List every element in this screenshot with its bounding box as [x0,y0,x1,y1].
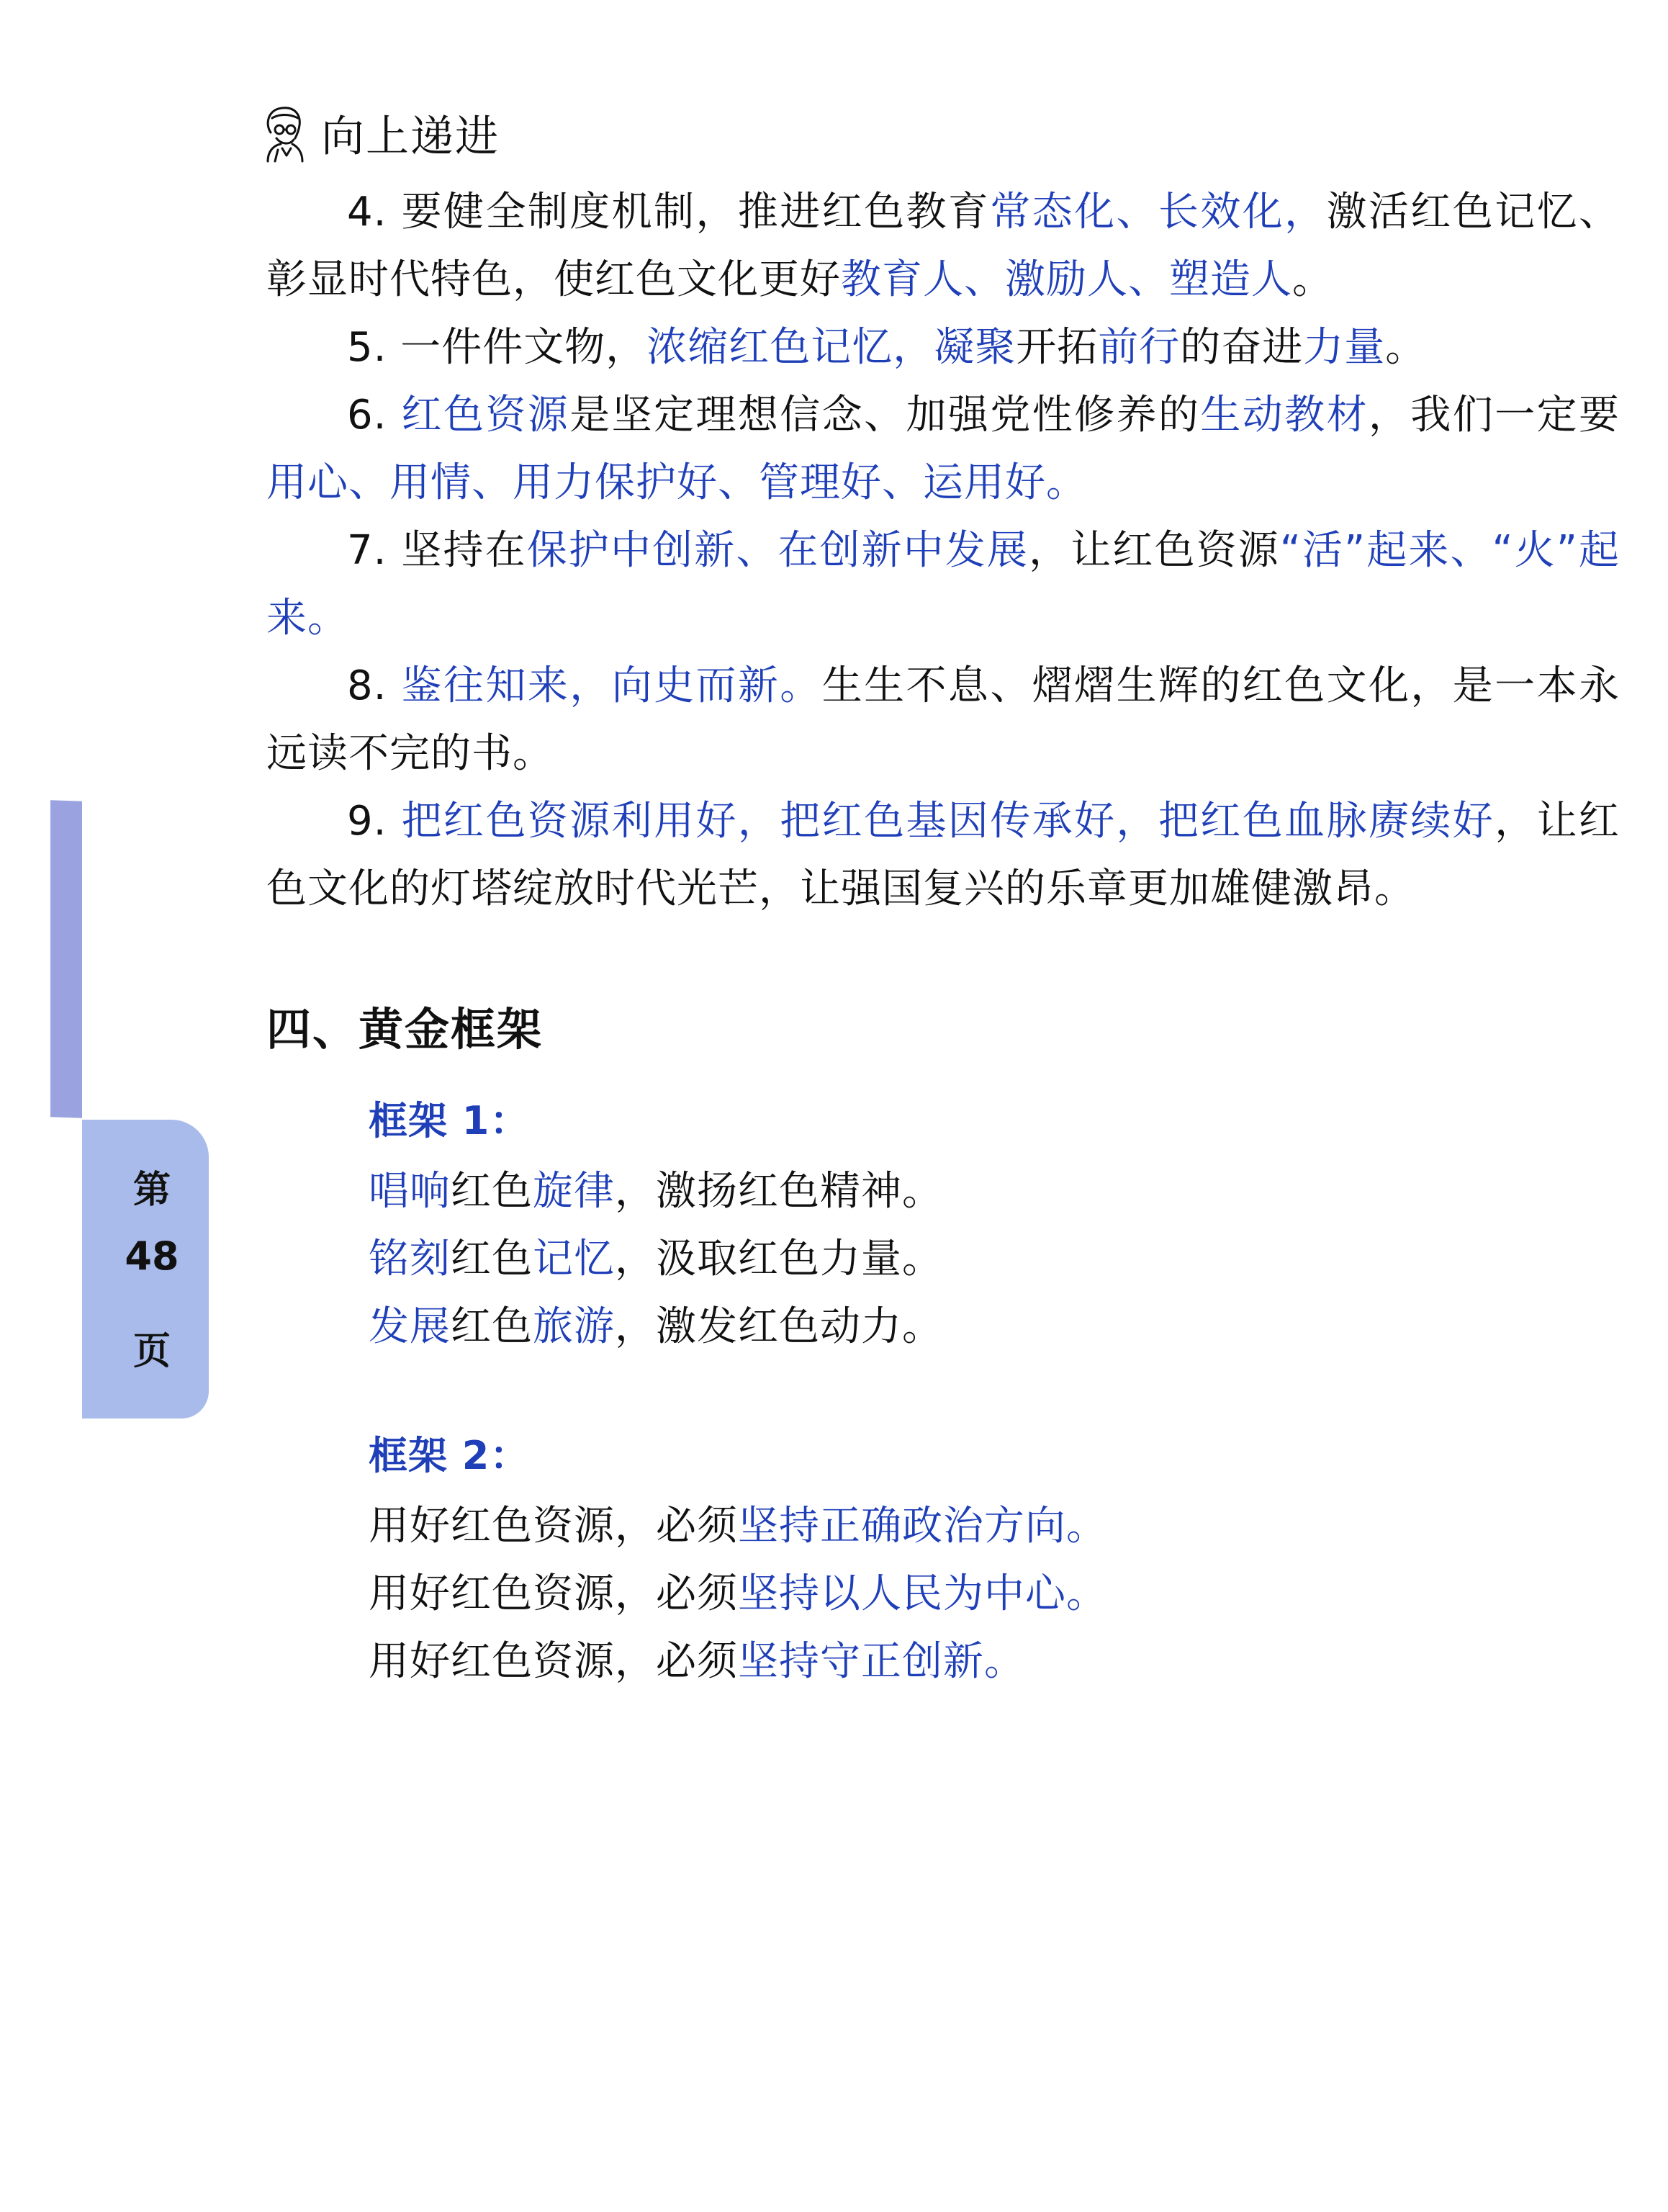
text-segment: ，我们一定要 [1369,392,1620,439]
text-segment: 坚持在 [401,527,526,574]
highlight-segment: 鉴往知来，向史而新。 [402,662,822,709]
page-number: 48 [125,1238,179,1275]
scholar-with-glasses-icon [261,104,311,163]
framework-line: 发展红色旅游，激发红色动力。 [369,1293,943,1361]
page-tab-prefix: 第 [133,1172,171,1209]
paragraph-8: 8. 鉴往知来，向史而新。生生不息、熠熠生辉的红色文化，是一本永远读不完的书。 [266,652,1620,788]
framework-line: 铭刻红色记忆，汲取红色力量。 [369,1226,943,1293]
section-title: 四、黄金框架 [266,994,543,1066]
framework-line: 唱响红色旋律，激扬红色精神。 [369,1158,943,1226]
header-title: 向上递进 [321,102,500,164]
highlight-segment: 用心、用情、用力保护好、管理好、运用好。 [266,459,1087,506]
framework-label: 框架 2： [369,1422,1107,1490]
paragraph-number: 8. [347,662,387,709]
highlight-segment: 前行 [1098,324,1180,371]
highlight-segment: 坚持正确政治方向。 [738,1503,1107,1550]
highlight-segment: 坚持以人民为中心。 [738,1570,1107,1617]
framework-1: 框架 1： 唱响红色旋律，激扬红色精神。 铭刻红色记忆，汲取红色力量。 发展红色… [369,1087,943,1361]
page-number-tab: 第 48 页 [82,1120,209,1419]
text-segment: 是坚定理想信念、加强党性修养的 [569,392,1200,439]
paragraph-7: 7. 坚持在保护中创新、在创新中发展，让红色资源“活”起来、“火”起来。 [266,517,1620,652]
paragraph-9: 9. 把红色资源利用好，把红色基因传承好，把红色血脉赓续好，让红色文化的灯塔绽放… [266,788,1620,923]
text-segment: 用好红色资源，必须 [369,1570,738,1617]
text-segment: ，让红色资源 [1029,527,1280,574]
highlight-segment: 常态化、长效化， [990,189,1326,235]
section-header: 向上递进 [261,101,500,166]
highlight-segment: 力量 [1303,324,1385,371]
page-tab-strip [50,800,82,1118]
text-segment: ，激扬红色精神。 [615,1168,943,1215]
paragraph-number: 7. [347,527,387,574]
text-segment: 要健全制度机制，推进红色教育 [402,189,991,235]
framework-line: 用好红色资源，必须坚持正确政治方向。 [369,1493,1107,1560]
text-segment: ，汲取红色力量。 [615,1236,943,1282]
text-segment: 红色 [451,1303,533,1350]
paragraph-5: 5. 一件件文物，浓缩红色记忆，凝聚开拓前行的奋进力量。 [266,314,1620,382]
text-segment: 开拓 [1016,324,1098,371]
framework-line: 用好红色资源，必须坚持守正创新。 [369,1628,1107,1696]
highlight-segment: 唱响 [369,1168,451,1215]
highlight-segment: 记忆 [533,1236,615,1282]
highlight-segment: 红色资源 [402,392,570,439]
framework-label: 框架 1： [369,1087,943,1155]
highlight-segment: 生动教材 [1200,392,1369,439]
text-segment: 的奋进 [1180,324,1303,371]
highlight-segment: 旅游 [533,1303,615,1350]
paragraph-6: 6. 红色资源是坚定理想信念、加强党性修养的生动教材，我们一定要用心、用情、用力… [266,382,1620,517]
highlight-segment: 浓缩红色记忆，凝聚 [646,324,1016,371]
framework-2: 框架 2： 用好红色资源，必须坚持正确政治方向。 用好红色资源，必须坚持以人民为… [369,1422,1107,1696]
text-segment: ，激发红色动力。 [615,1303,943,1350]
text-segment: 。 [1292,256,1333,303]
paragraph-4: 4. 要健全制度机制，推进红色教育常态化、长效化，激活红色记忆、彰显时代特色，使… [266,179,1620,314]
text-segment: 红色 [451,1168,533,1215]
highlight-segment: 坚持守正创新。 [738,1638,1025,1685]
highlight-segment: 旋律 [533,1168,615,1215]
paragraph-number: 5. [347,324,387,371]
text-segment: 。 [1385,324,1426,371]
framework-line: 用好红色资源，必须坚持以人民为中心。 [369,1560,1107,1628]
page-tab-suffix: 页 [133,1333,171,1370]
highlight-segment: 铭刻 [369,1236,451,1282]
text-segment: 一件件文物， [400,324,646,371]
text-segment: 用好红色资源，必须 [369,1503,738,1550]
highlight-segment: 教育人、激励人、塑造人 [841,256,1292,303]
paragraph-number: 4. [347,189,387,235]
text-segment: 用好红色资源，必须 [369,1638,738,1685]
highlight-segment: 把红色资源利用好，把红色基因传承好，把红色血脉赓续好 [402,798,1495,845]
paragraph-number: 9. [347,798,387,845]
paragraph-number: 6. [347,392,387,439]
highlight-segment: 保护中创新、在创新中发展 [527,527,1029,574]
highlight-segment: 发展 [369,1303,451,1350]
text-segment: 红色 [451,1236,533,1282]
